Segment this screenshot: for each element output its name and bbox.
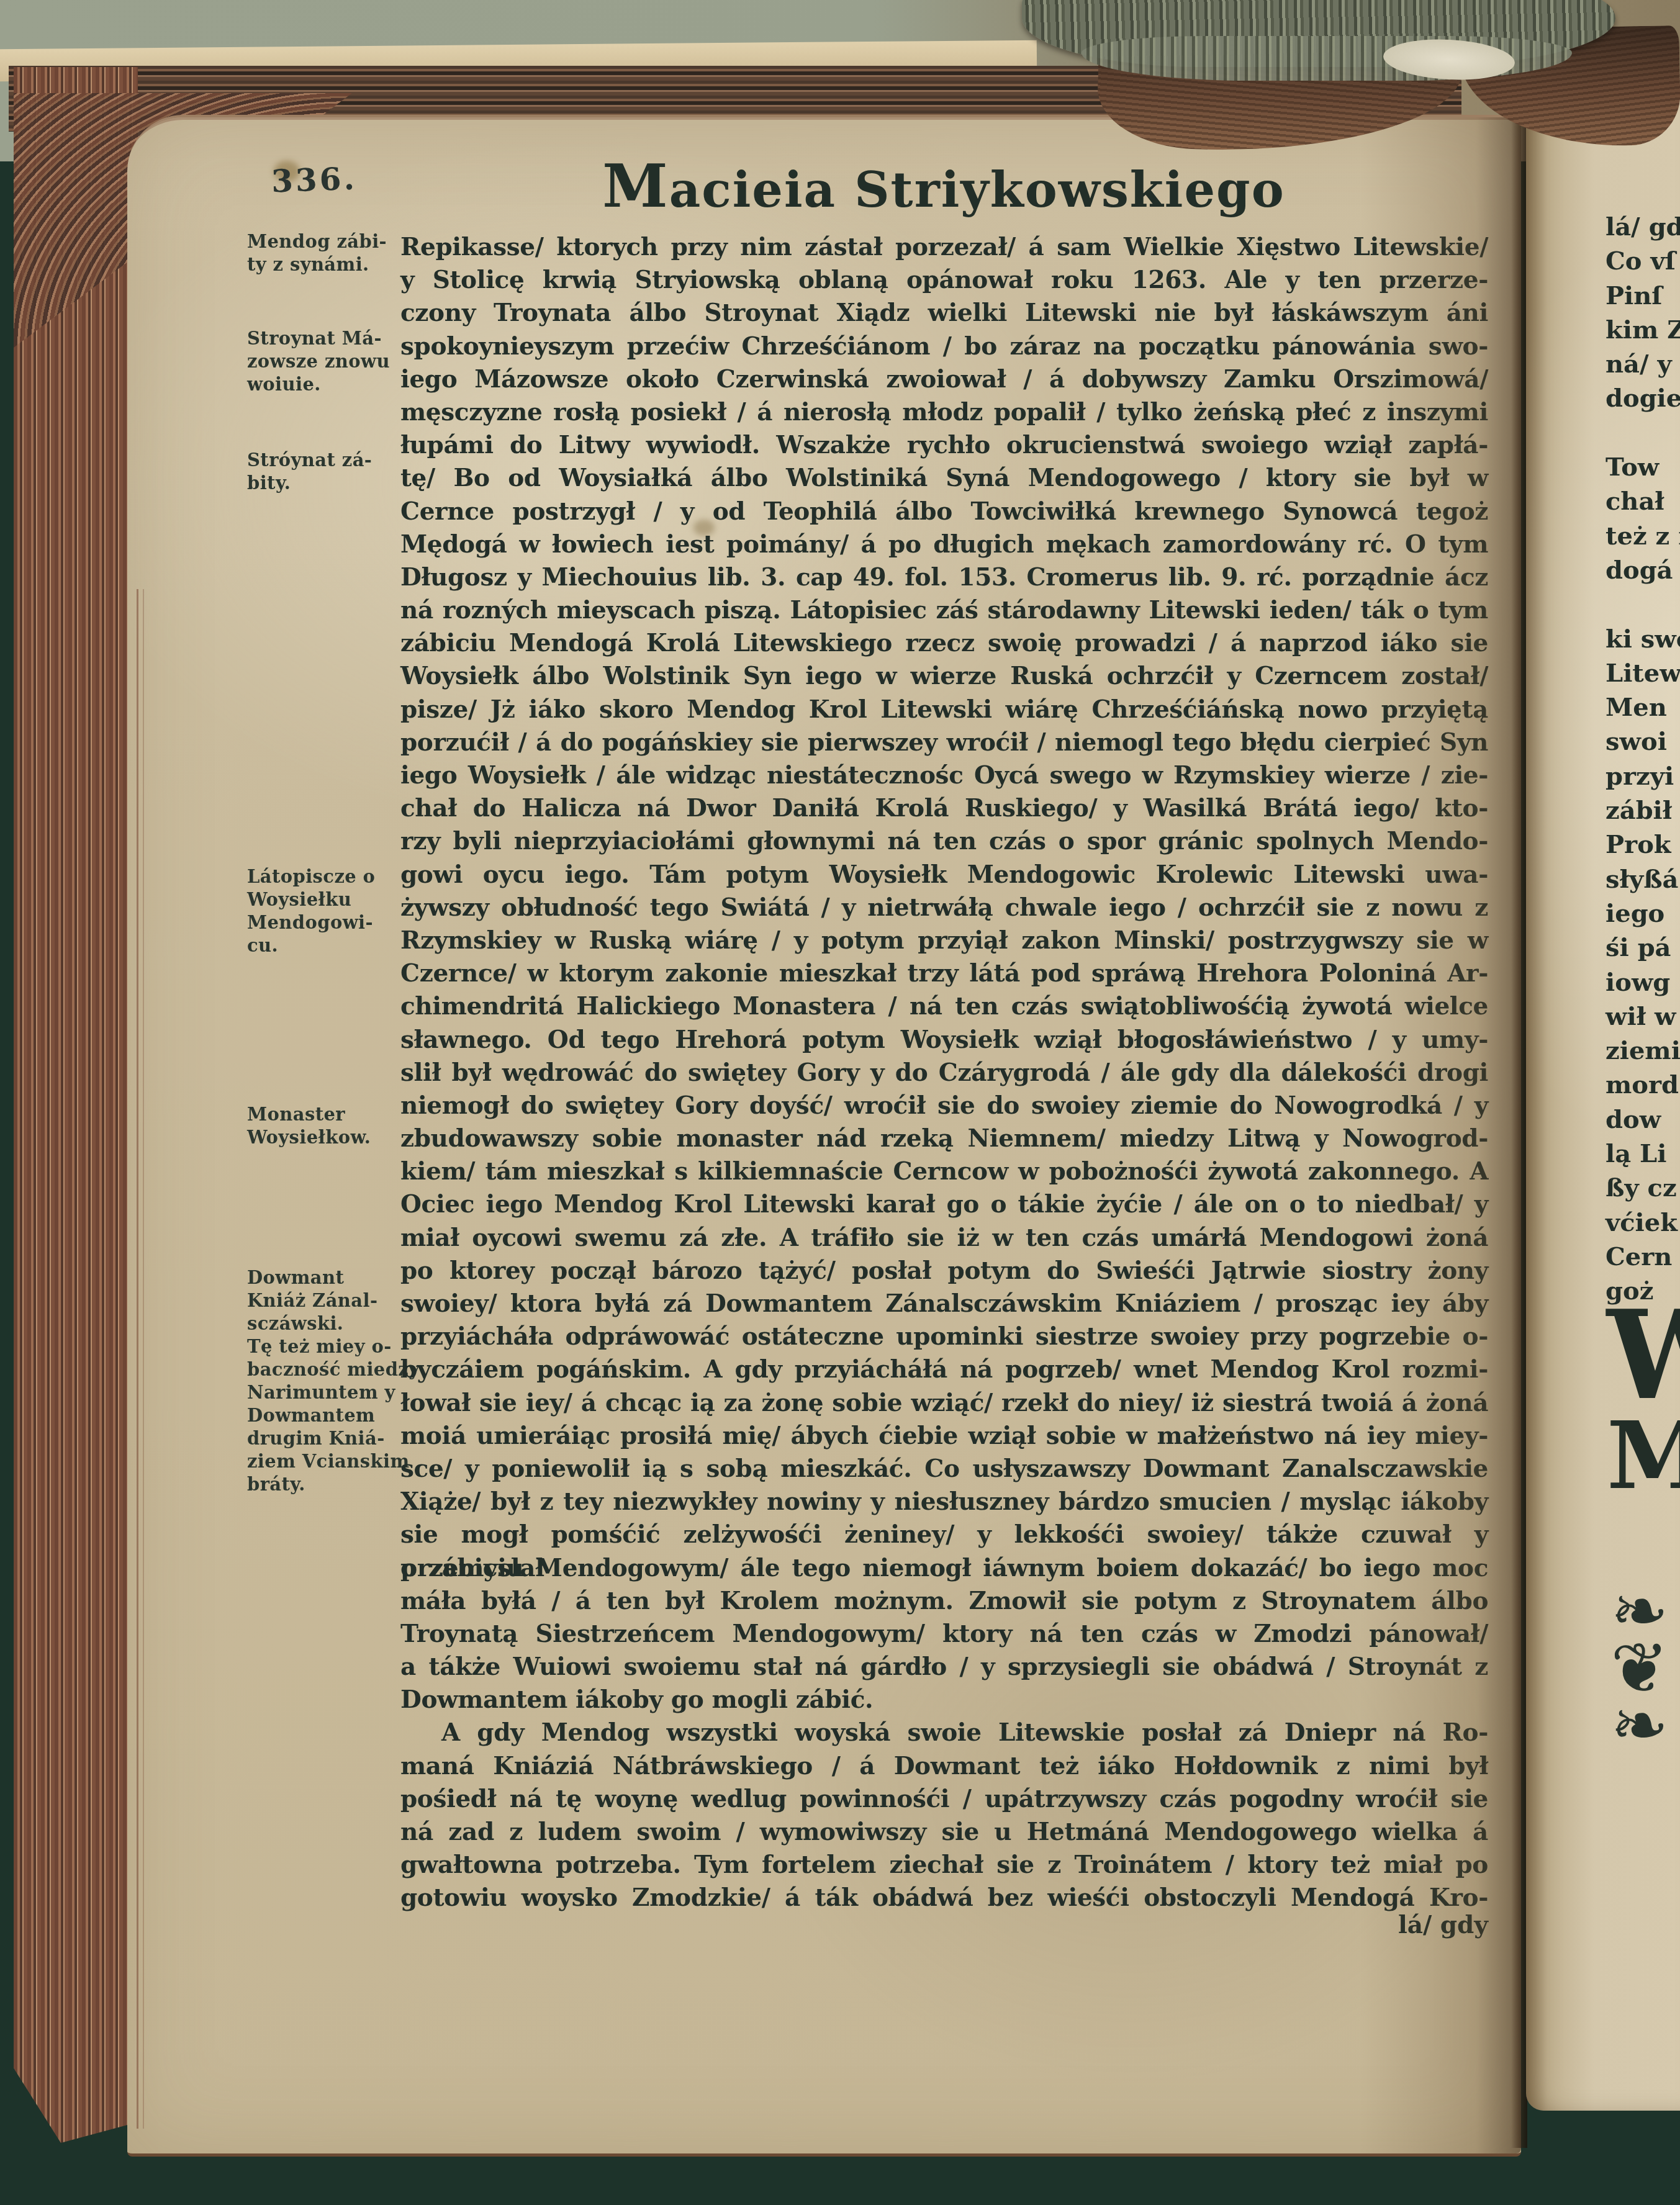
- right-page-line: swoi: [1605, 724, 1680, 759]
- body-text-line: Woysiełk álbo Wolstinik Syn iego w wierz…: [400, 660, 1488, 693]
- decorative-initial-small: M: [1607, 1409, 1680, 1502]
- right-page-line: Litew: [1605, 656, 1680, 690]
- right-page-line: vćiek: [1605, 1206, 1680, 1240]
- right-page-line: zábił: [1605, 793, 1680, 827]
- body-text-line: maná Kniáziá Nátbráwskiego / á Dowmant t…: [400, 1750, 1488, 1783]
- right-page-line: Men: [1605, 690, 1680, 724]
- body-text-line: Ociec iego Mendog Krol Litewski karał go…: [400, 1188, 1488, 1221]
- body-text-line: ná zad z ludem swoim / wymowiwszy sie u …: [400, 1816, 1488, 1849]
- body-text-line: chimendritá Halickiego Monastera / ná te…: [400, 990, 1488, 1023]
- right-page-line: mord: [1605, 1068, 1680, 1102]
- right-page-line: [1605, 587, 1680, 621]
- body-text-line: zábiciu Mendogá Krolá Litewskiego rzecz …: [400, 627, 1488, 660]
- body-text-line: żywszy obłudność tego Swiátá / y nietrwá…: [400, 891, 1488, 924]
- body-text-line: Repikasse/ ktorych przy nim zástał porze…: [400, 231, 1488, 264]
- right-page-line: chał: [1605, 484, 1680, 518]
- right-page-line: lą Li: [1605, 1137, 1680, 1171]
- gutter-shadow: [1511, 102, 1527, 2148]
- body-text-line: o zábiciu Mendogowym/ ále tego niemogł i…: [400, 1552, 1488, 1585]
- body-text-line: przyiácháła odpráwowáć ostáteczne upomin…: [400, 1320, 1488, 1353]
- body-text-line: Rzymskiey w Ruską wiárę / y potym przyią…: [400, 924, 1488, 957]
- body-text-line: Dowmantem iákoby go mogli zábić.: [400, 1684, 1488, 1716]
- right-page-line: iowg: [1605, 965, 1680, 999]
- body-text-line: zbudowawszy sobie monaster nád rzeką Nie…: [400, 1122, 1488, 1155]
- body-text-line: spokoynieyszym przećiw Chrześćiánom / bo…: [400, 330, 1488, 363]
- body-text-line: Troynatą Siestrzeńcem Mendogowym/ ktory …: [400, 1618, 1488, 1651]
- body-text-line: moiá umieráiąc prosiłá mię/ ábych ćiebie…: [400, 1420, 1488, 1453]
- right-page-line: ziemi: [1605, 1034, 1680, 1068]
- body-text-line: y Stolicę krwią Stryiowską oblaną opánow…: [400, 264, 1488, 297]
- right-page-line: ná/ y: [1605, 347, 1680, 381]
- right-page: lá/ gdCo vſPinſkim Zná/ ydogieTowchałteż…: [1526, 88, 1680, 2111]
- body-text-line: pisze/ Jż iáko skoro Mendog Krol Litewsk…: [400, 693, 1488, 726]
- right-page-line: [1605, 416, 1680, 450]
- body-text-line: Xiąże/ był z tey niezwykłey nowiny y nie…: [400, 1486, 1488, 1518]
- body-text-line: sławnego. Od tego Hrehorá potym Woysiełk…: [400, 1024, 1488, 1057]
- body-text-line: gwałtowna potrzeba. Tym fortelem ziechał…: [400, 1849, 1488, 1882]
- body-text-line: ná rozných mieyscach piszą. Látopisiec z…: [400, 594, 1488, 627]
- body-text-line: sie mogł pomśćić zelżywośći żeniney/ y l…: [400, 1518, 1488, 1551]
- right-page-line: ßy cz: [1605, 1171, 1680, 1205]
- right-page-line: dogá: [1605, 553, 1680, 587]
- right-page-line: dogie: [1605, 381, 1680, 415]
- body-text-line: máła byłá / á ten był Krolem możnym. Zmo…: [400, 1585, 1488, 1618]
- body-text-line: Mędogá w łowiech iest poimány/ á po dług…: [400, 528, 1488, 561]
- body-text-line: niemogł do swiętey Gory doyść/ wroćił si…: [400, 1089, 1488, 1122]
- right-page-line: słyßá: [1605, 862, 1680, 896]
- body-text-line: a tákże Wuiowi swoiemu stał ná gárdło / …: [400, 1651, 1488, 1684]
- left-page-edges-stack: [14, 67, 138, 2143]
- right-page-text-sliver: lá/ gdCo vſPinſkim Zná/ ydogieTowchałteż…: [1605, 210, 1680, 1309]
- body-text-line: rzy byli nieprzyiaciołámi głownymi ná te…: [400, 825, 1488, 858]
- body-text-line: swoiey/ ktora byłá zá Dowmantem Zánalscz…: [400, 1287, 1488, 1320]
- body-text-line: A gdy Mendog wszystki woyská swoie Litew…: [400, 1716, 1488, 1749]
- body-text-line: pośiedł ná tę woynę wedlug powinnośći / …: [400, 1783, 1488, 1816]
- body-text-line: byczáiem pogáńskim. A gdy przyiácháłá ná…: [400, 1353, 1488, 1386]
- body-text-line: sce/ y poniewolił ią s sobą mieszkáć. Co…: [400, 1453, 1488, 1486]
- body-text-line: po ktorey począł bározo tążyć/ posłał po…: [400, 1255, 1488, 1287]
- right-page-line: dow: [1605, 1102, 1680, 1137]
- right-page-line: Cern: [1605, 1240, 1680, 1274]
- book-scan-stage: 336. Macieia Striykowskiego Mendog zábi-…: [0, 0, 1680, 2205]
- ornament-glyph: ❧: [1610, 1697, 1669, 1754]
- right-page-line: Tow: [1605, 450, 1680, 484]
- decorative-initial-large: W: [1607, 1300, 1680, 1412]
- body-text-line: łował sie iey/ á chcąc ią za żonę sobie …: [400, 1387, 1488, 1420]
- right-page-line: iego: [1605, 896, 1680, 931]
- right-page-line: Pinſ: [1605, 279, 1680, 313]
- body-text-line: slił był wędrowáć do swiętey Gory y do C…: [400, 1057, 1488, 1089]
- right-page-line: lá/ gd: [1605, 210, 1680, 244]
- body-text-line: Czernce/ w ktorym zakonie mieszkał trzy …: [400, 957, 1488, 990]
- body-text-line: Cernce postrzygł / y od Teophilá álbo To…: [400, 495, 1488, 528]
- body-text-column: Repikasse/ ktorych przy nim zástał porze…: [400, 231, 1488, 1915]
- running-header: Macieia Striykowskiego: [400, 161, 1487, 217]
- body-text-line: iego Woysiełk / ále widząc niestátecznoś…: [400, 759, 1488, 792]
- body-text-line: łupámi do Litwy wywiodł. Wszakże rychło …: [400, 429, 1488, 462]
- body-text-line: męsczyzne rosłą posiekł / á nierosłą mło…: [400, 396, 1488, 429]
- right-page-line: śi pá: [1605, 931, 1680, 965]
- body-text-line: gowi oycu iego. Tám potym Woysiełk Mendo…: [400, 859, 1488, 891]
- right-page-line: przyi: [1605, 759, 1680, 793]
- body-text-line: tę/ Bo od Woysiałká álbo Wolstiniká Syná…: [400, 462, 1488, 495]
- body-text-line: Długosz y Miechouius lib. 3. cap 49. fol…: [400, 561, 1488, 594]
- body-text-line: porzućił / á do pogáńskiey sie pierwszey…: [400, 726, 1488, 759]
- body-text-line: chał do Halicza ná Dwor Daniłá Krolá Rus…: [400, 792, 1488, 825]
- right-page-line: kim Z: [1605, 313, 1680, 347]
- body-text-line: kiem/ tám mieszkał s kilkiemnaście Cernc…: [400, 1155, 1488, 1188]
- body-text-line: iego Mázowsze około Czerwinská zwoiował …: [400, 363, 1488, 396]
- right-page-line: ki swo: [1605, 622, 1680, 656]
- page-number: 336.: [271, 163, 357, 197]
- right-page-line: też z n: [1605, 519, 1680, 553]
- catchword: lá/ gdy: [400, 1909, 1488, 1942]
- floral-ornament-strip: ❧❦❧: [1610, 1583, 1669, 1754]
- left-page: 336. Macieia Striykowskiego Mendog zábi-…: [127, 115, 1521, 2157]
- body-text-line: miał oycowi swemu zá złe. A tráfiło sie …: [400, 1222, 1488, 1255]
- right-page-line: wił w: [1605, 999, 1680, 1034]
- body-text-line: czony Troynata álbo Stroynat Xiądz wielk…: [400, 297, 1488, 330]
- right-page-line: Prok: [1605, 827, 1680, 862]
- right-page-line: Co vſ: [1605, 244, 1680, 278]
